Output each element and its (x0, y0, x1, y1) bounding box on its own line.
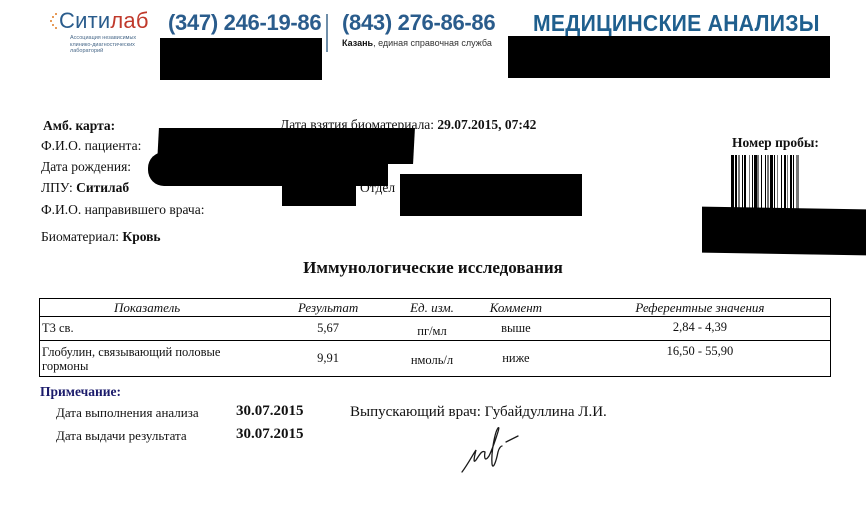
cell-indicator: Т3 св. (40, 317, 255, 341)
redaction-block (400, 174, 582, 216)
redaction-block (702, 207, 866, 256)
brand-title: МЕДИЦИНСКИЕ АНАЛИЗЫ (533, 10, 820, 37)
analysis-date-value: 30.07.2015 (236, 403, 304, 420)
header-comment: Коммент (462, 299, 570, 317)
lpu-field: ЛПУ: Ситилаб (41, 180, 129, 196)
table-row: Т3 св. 5,67 пг/мл выше 2,84 - 4,39 (40, 317, 831, 341)
biomaterial-field: Биоматериал: Кровь (41, 229, 161, 245)
header-unit: Ед. изм. (402, 299, 462, 317)
doctor-signature (458, 422, 528, 477)
kazan-service-text: , единая справочная служба (373, 38, 492, 48)
logo-subtitle: Ассоциация независимых клинико-диагности… (70, 35, 150, 55)
kazan-city: Казань (342, 38, 373, 48)
cell-indicator: Глобулин, связывающий половые гормоны (40, 341, 255, 377)
header-reference: Референтные значения (570, 299, 831, 317)
header-divider (326, 14, 328, 52)
cell-reference: 2,84 - 4,39 (570, 317, 831, 341)
issue-date-value: 30.07.2015 (236, 426, 304, 443)
cell-unit: нмоль/л (402, 341, 462, 377)
kazan-service-caption: Казань, единая справочная служба (342, 38, 492, 48)
cell-result: 9,91 (254, 341, 402, 377)
redaction-block (508, 36, 830, 78)
results-table: Показатель Результат Ед. изм. Коммент Ре… (39, 298, 831, 377)
lpu-label: ЛПУ: (41, 180, 73, 195)
cell-comment: выше (462, 317, 570, 341)
phone-ufa: (347) 246-19-86 (168, 10, 321, 36)
cell-reference: 16,50 - 55,90 (570, 341, 831, 377)
note-label: Примечание: (40, 384, 121, 400)
analysis-date-label: Дата выполнения анализа (56, 405, 199, 421)
birth-date-label: Дата рождения: (41, 159, 131, 175)
redaction-block (282, 178, 356, 206)
cell-result: 5,67 (254, 317, 402, 341)
cell-comment: ниже (462, 341, 570, 377)
logo-text-main: Сити (59, 8, 110, 33)
biomaterial-value: Кровь (122, 229, 160, 244)
logo-sun-icon (50, 11, 58, 31)
redaction-block (160, 38, 322, 80)
table-header-row: Показатель Результат Ед. изм. Коммент Ре… (40, 299, 831, 317)
section-title: Иммунологические исследования (0, 258, 866, 278)
header-result: Результат (254, 299, 402, 317)
table-row: Глобулин, связывающий половые гормоны 9,… (40, 341, 831, 377)
cell-unit: пг/мл (402, 317, 462, 341)
issuing-doctor: Выпускающий врач: Губайдуллина Л.И. (350, 404, 607, 421)
referring-doctor-label: Ф.И.О. направившего врача: (41, 202, 204, 218)
header-indicator: Показатель (40, 299, 255, 317)
amb-card-label: Амб. карта: (43, 118, 115, 134)
logo-text-accent: лаб (110, 8, 148, 33)
issue-date-label: Дата выдачи результата (56, 428, 187, 444)
phone-kazan: (843) 276-86-86 (342, 10, 495, 36)
patient-name-label: Ф.И.О. пациента: (41, 138, 141, 154)
biomaterial-date-value: 29.07.2015, 07:42 (437, 117, 536, 132)
biomaterial-label: Биоматериал: (41, 229, 119, 244)
sample-number-label: Номер пробы: (732, 135, 819, 151)
lpu-value: Ситилаб (76, 180, 129, 195)
citilab-logo: Ситилаб Ассоциация независимых клинико-д… (50, 8, 150, 55)
